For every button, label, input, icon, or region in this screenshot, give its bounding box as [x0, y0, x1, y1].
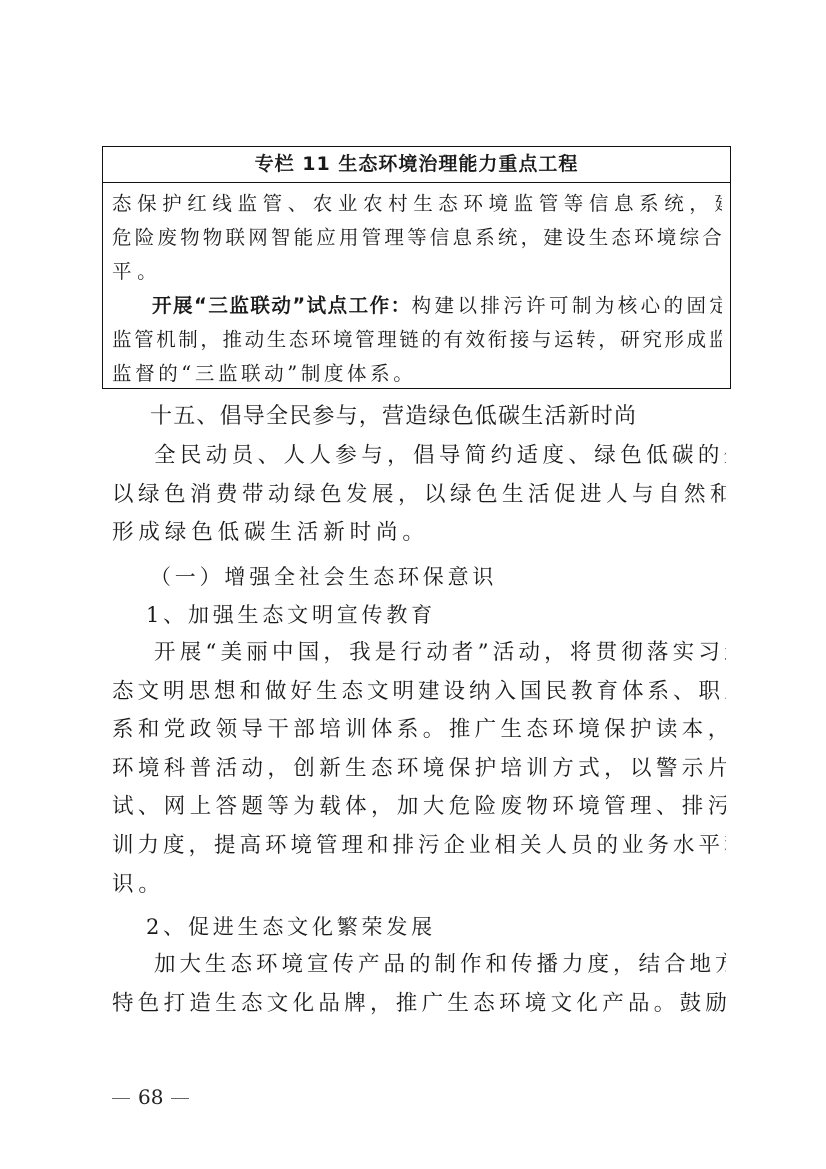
- paragraph-line: 系和党政领导干部培训体系。推广生态环境保护读本，开展生态: [112, 711, 726, 750]
- box-line: 监管机制，推动生态环境管理链的有效衔接与运转，研究形成监管、监测、: [112, 323, 722, 357]
- item2-heading: 2、促进生态文化繁荣发展: [146, 908, 436, 946]
- page-number: 68: [112, 1083, 197, 1111]
- paragraph-line: 特色打造生态文化品牌，推广生态环境文化产品。鼓励文化艺术: [112, 985, 726, 1024]
- paragraph-line: 环境科普活动，创新生态环境保护培训方式，以警示片、守法考: [112, 750, 726, 789]
- paragraph-line: 开展“美丽中国，我是行动者”活动，将贯彻落实习近平生: [112, 634, 726, 673]
- special-column-box: 专栏 11 生态环境治理能力重点工程 态保护红线监管、农业农村生态环境监管等信息…: [102, 146, 731, 389]
- box-line: 危险废物物联网智能应用管理等信息系统，建设生态环境综合管理信息化: [112, 221, 722, 255]
- box-title: 专栏 11 生态环境治理能力重点工程: [103, 147, 730, 183]
- dash-decoration: [112, 1098, 130, 1100]
- item1-heading: 1、加强生态文明宣传教育: [146, 596, 436, 634]
- box-line: 态保护红线监管、农业农村生态环境监管等信息系统，建设碳减排系统、: [112, 187, 722, 221]
- item1-paragraph: 开展“美丽中国，我是行动者”活动，将贯彻落实习近平生 态文明思想和做好生态文明建…: [112, 634, 726, 904]
- dash-decoration: [171, 1098, 189, 1100]
- paragraph-line: 以绿色消费带动绿色发展，以绿色生活促进人与自然和谐共生，: [112, 476, 726, 515]
- box-line: 平。: [112, 255, 722, 289]
- item2-paragraph: 加大生态环境宣传产品的制作和传播力度，结合地方实际和 特色打造生态文化品牌，推广…: [112, 946, 726, 1023]
- subsection-heading: （一）增强全社会生态环保意识: [150, 558, 497, 596]
- paragraph-line: 加大生态环境宣传产品的制作和传播力度，结合地方实际和: [112, 946, 726, 985]
- paragraph-line: 形成绿色低碳生活新时尚。: [112, 514, 726, 553]
- box-item-label: 开展“三监联动”试点工作：: [152, 294, 412, 317]
- box-item-text: 构建以排污许可制为核心的固定污染源: [412, 294, 722, 317]
- paragraph-line: 试、网上答题等为载体，加大危险废物环境管理、排污许可等培: [112, 788, 726, 827]
- page-number-text: 68: [138, 1085, 163, 1109]
- box-body: 态保护红线监管、农业农村生态环境监管等信息系统，建设碳减排系统、 危险废物物联网…: [103, 183, 730, 391]
- paragraph-line: 识。: [112, 866, 726, 905]
- paragraph-line: 态文明思想和做好生态文明建设纳入国民教育体系、职业教育体: [112, 673, 726, 712]
- box-line: 监督的“三监联动”制度体系。: [112, 357, 722, 391]
- document-page: 专栏 11 生态环境治理能力重点工程 态保护红线监管、农业农村生态环境监管等信息…: [0, 0, 826, 1169]
- paragraph-line: 全民动员、人人参与，倡导简约适度、绿色低碳的生活方式，: [112, 437, 726, 476]
- paragraph-line: 训力度，提高环境管理和排污企业相关人员的业务水平和法律意: [112, 827, 726, 866]
- intro-paragraph: 全民动员、人人参与，倡导简约适度、绿色低碳的生活方式， 以绿色消费带动绿色发展，…: [112, 437, 726, 553]
- section-heading: 十五、倡导全民参与，营造绿色低碳生活新时尚: [150, 401, 637, 433]
- box-item-line: 开展“三监联动”试点工作：构建以排污许可制为核心的固定污染源: [112, 289, 722, 323]
